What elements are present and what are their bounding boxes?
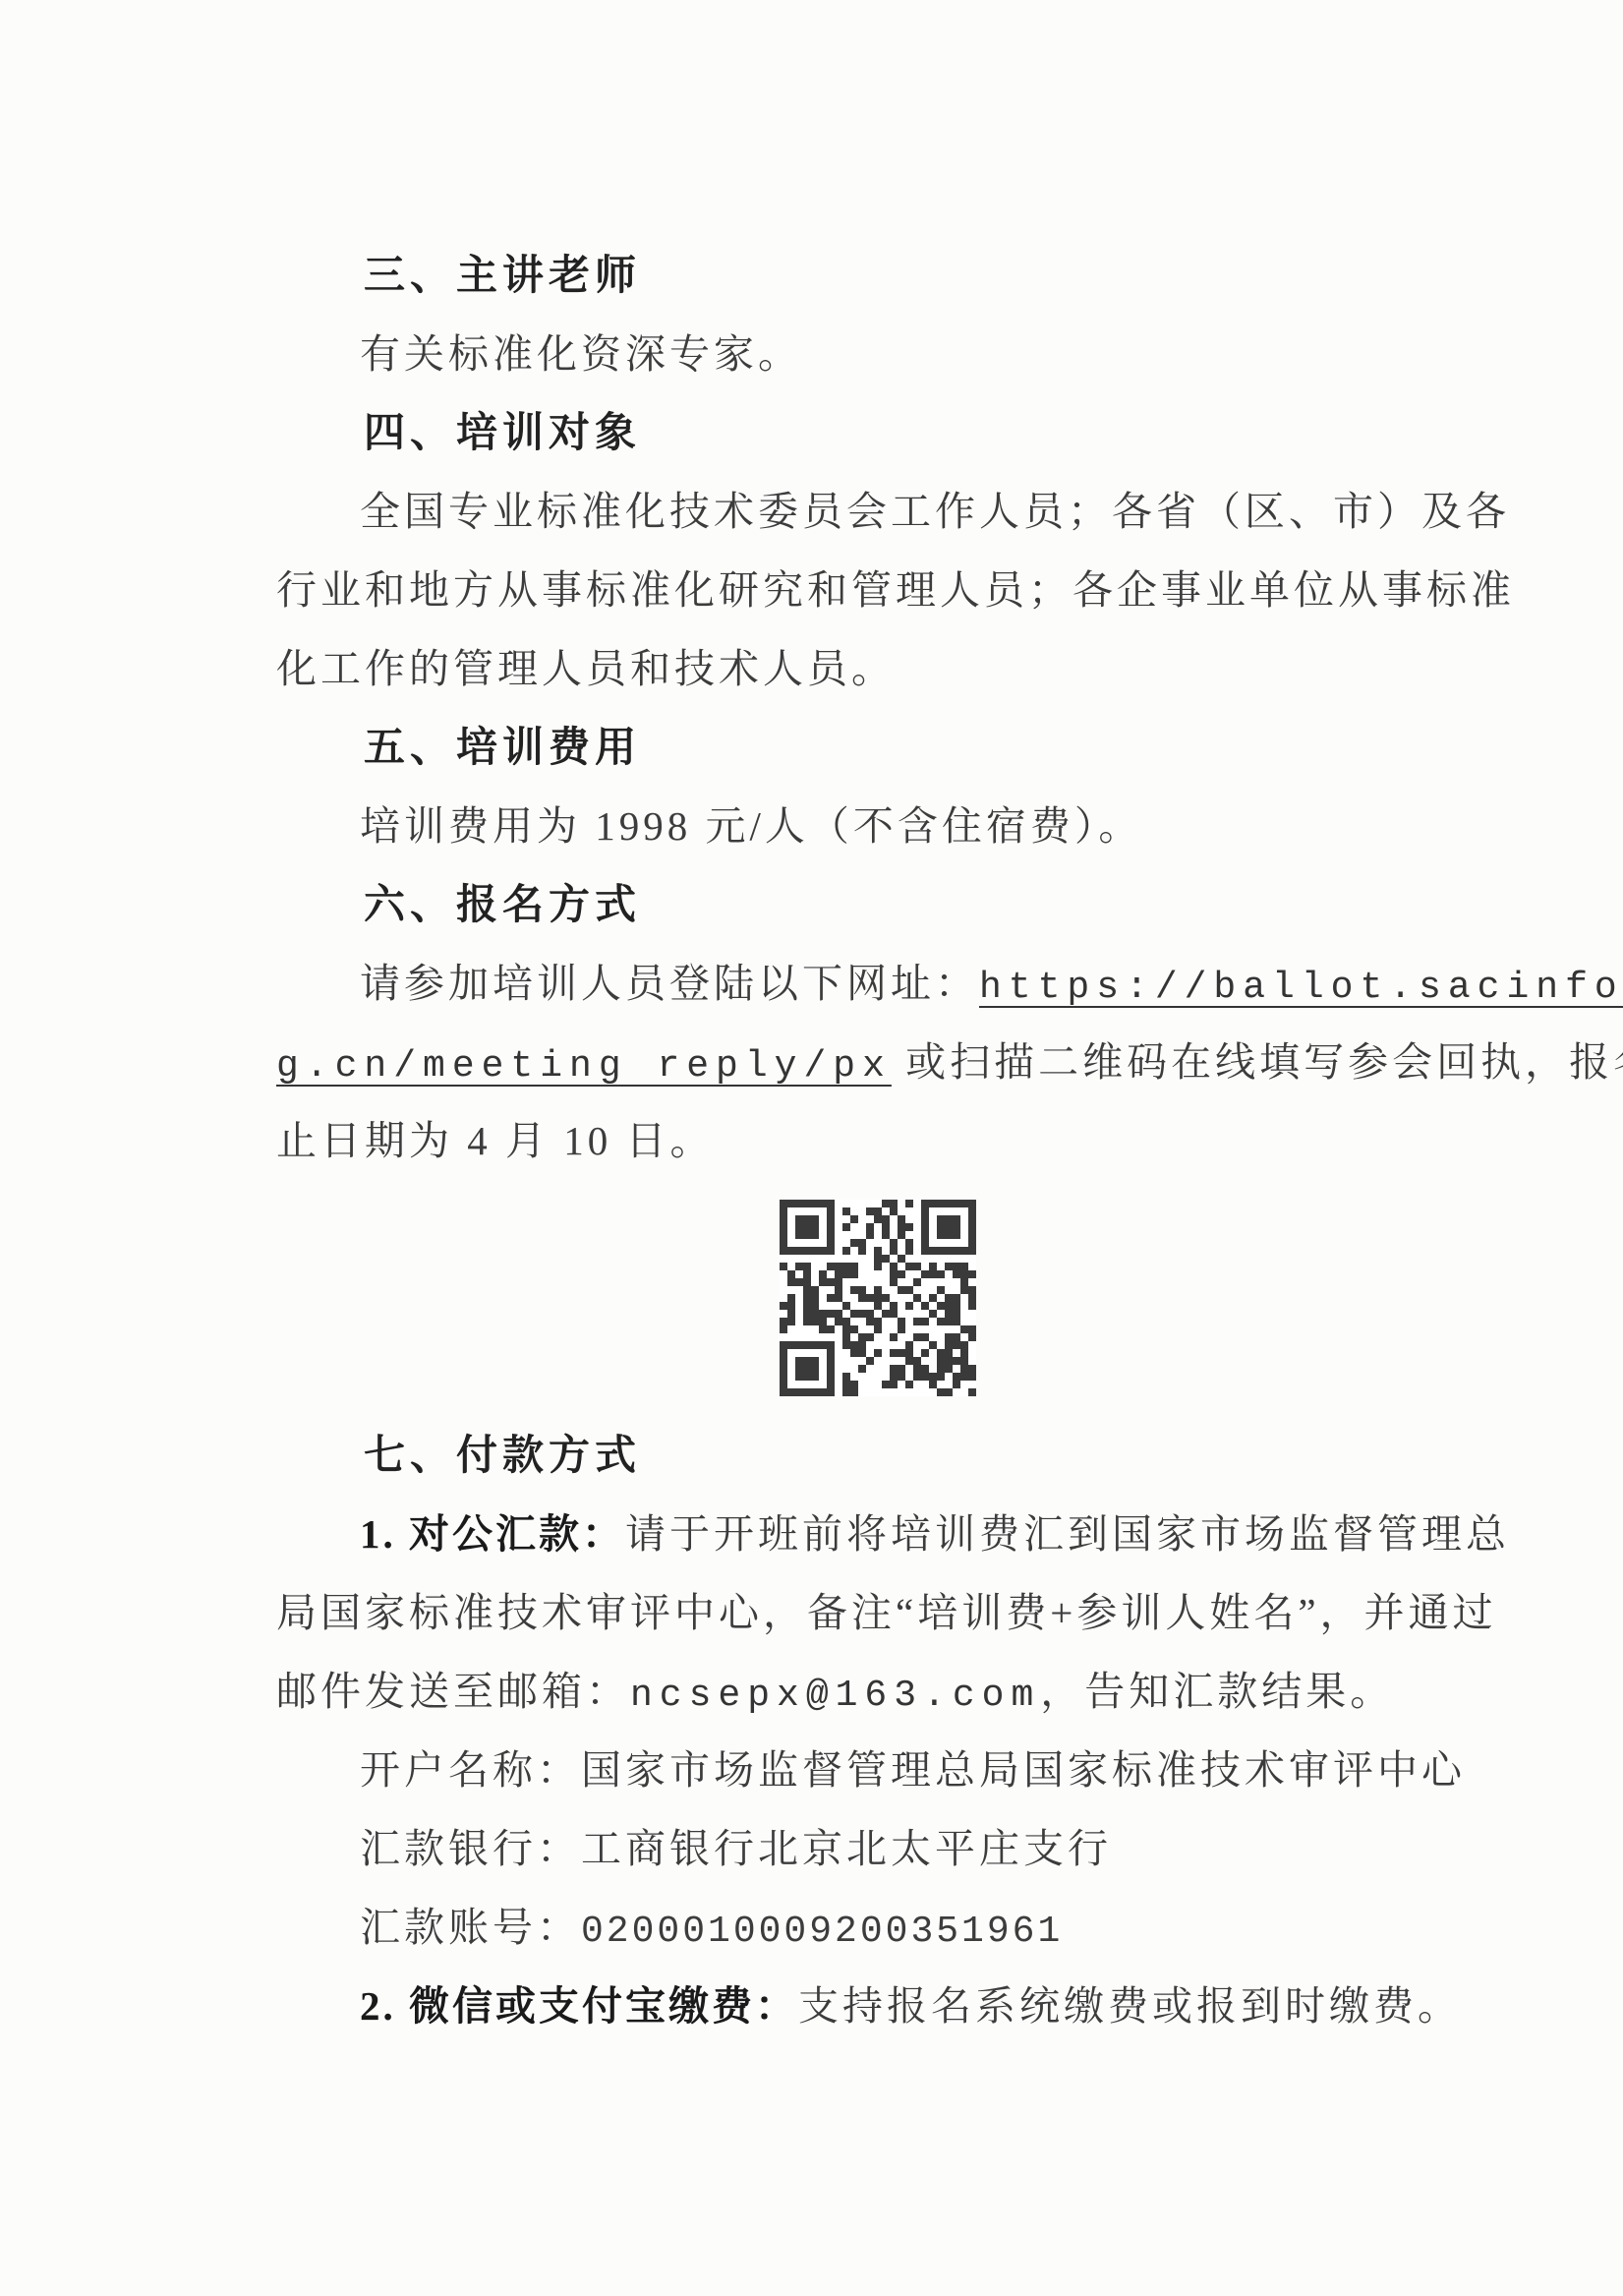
- bank-transfer-text-1: 请于开班前将培训费汇到国家市场监督管理总: [625, 1511, 1510, 1557]
- document-page: 三、主讲老师 有关标准化资深专家。 四、培训对象 全国专业标准化技术委员会工作人…: [0, 0, 1623, 2296]
- section-4-heading: 四、培训对象: [364, 393, 1440, 472]
- section-6-heading: 六、报名方式: [364, 865, 1440, 944]
- email-instruction-suffix: ，告知汇款结果。: [1040, 1669, 1394, 1714]
- account-number-value: 0200010009200351961: [581, 1911, 1063, 1953]
- bank-value: 工商银行北京北太平庄支行: [581, 1826, 1112, 1871]
- payment-item-1-line-3: 邮件发送至邮箱：ncsepx@163.com，告知汇款结果。: [276, 1652, 1440, 1731]
- registration-url-part-2[interactable]: g.cn/meeting reply/px: [276, 1045, 892, 1088]
- section-3-body: 有关标准化资深专家。: [276, 315, 1440, 393]
- section-6-line-3: 止日期为 4 月 10 日。: [276, 1101, 1440, 1180]
- qr-code-row: [276, 1180, 1440, 1416]
- account-number-label: 汇款账号：: [360, 1905, 581, 1950]
- bank-row: 汇款银行：工商银行北京北太平庄支行: [276, 1809, 1440, 1888]
- section-6-line-1: 请参加培训人员登陆以下网址：https://ballot.sacinfo.or: [276, 944, 1440, 1023]
- section-4-line-2: 行业和地方从事标准化研究和管理人员；各企事业单位从事标准: [276, 551, 1440, 629]
- section-3-heading: 三、主讲老师: [364, 236, 1440, 315]
- section-5-heading: 五、培训费用: [364, 708, 1440, 787]
- section-7-heading: 七、付款方式: [364, 1416, 1440, 1495]
- section-4-line-1: 全国专业标准化技术委员会工作人员；各省（区、市）及各: [276, 472, 1440, 551]
- contact-email[interactable]: ncsepx@163.com: [630, 1675, 1040, 1717]
- account-name-label: 开户名称：: [360, 1747, 581, 1793]
- section-6-line-2: g.cn/meeting reply/px 或扫描二维码在线填写参会回执，报名截: [276, 1023, 1440, 1101]
- registration-instruction-continued: 或扫描二维码在线填写参会回执，报名截: [892, 1039, 1623, 1085]
- payment-item-1-line-1: 1. 对公汇款：请于开班前将培训费汇到国家市场监督管理总: [276, 1495, 1440, 1573]
- registration-instruction-text: 请参加培训人员登陆以下网址：: [360, 961, 979, 1006]
- payment-item-1-line-2: 局国家标准技术审评中心，备注“培训费+参训人姓名”，并通过: [276, 1573, 1440, 1652]
- section-4-line-3: 化工作的管理人员和技术人员。: [276, 629, 1440, 708]
- wechat-alipay-label: 2. 微信或支付宝缴费：: [360, 1983, 798, 2029]
- email-instruction-prefix: 邮件发送至邮箱：: [276, 1669, 630, 1714]
- bank-transfer-label: 1. 对公汇款：: [360, 1511, 625, 1557]
- registration-url-part-1[interactable]: https://ballot.sacinfo.or: [979, 967, 1623, 1009]
- account-name-row: 开户名称：国家市场监督管理总局国家标准技术审评中心: [276, 1731, 1440, 1809]
- account-number-row: 汇款账号：0200010009200351961: [276, 1888, 1440, 1967]
- registration-qr-code: [780, 1200, 976, 1396]
- section-5-body: 培训费用为 1998 元/人（不含住宿费）。: [276, 787, 1440, 865]
- wechat-alipay-text: 支持报名系统缴费或报到时缴费。: [798, 1983, 1462, 2029]
- payment-item-2-row: 2. 微信或支付宝缴费：支持报名系统缴费或报到时缴费。: [276, 1967, 1440, 2045]
- qr-code-image: [780, 1200, 976, 1396]
- bank-label: 汇款银行：: [360, 1826, 581, 1871]
- account-name-value: 国家市场监督管理总局国家标准技术审评中心: [581, 1747, 1466, 1793]
